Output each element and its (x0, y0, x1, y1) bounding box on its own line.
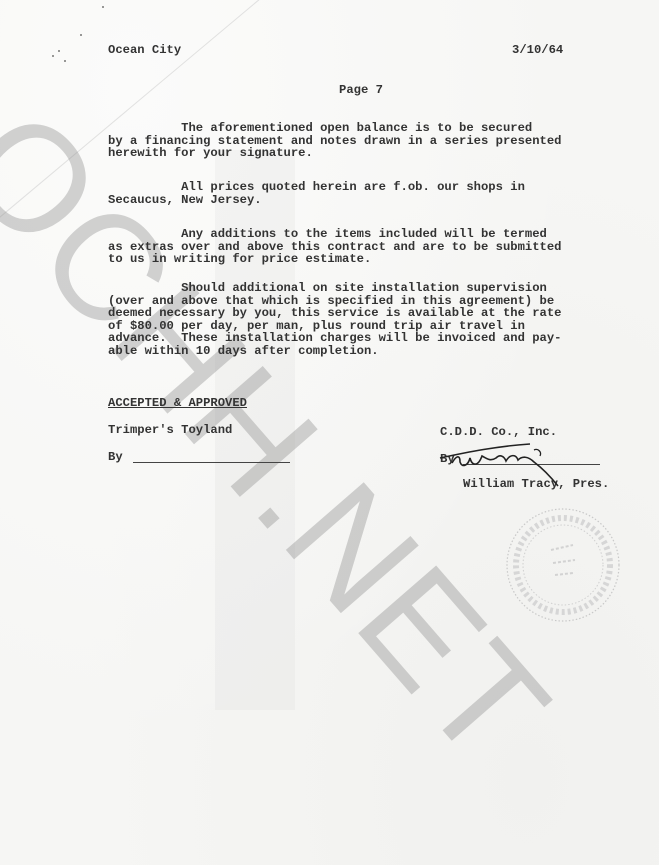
speck (80, 34, 82, 36)
accepted-approved-heading: ACCEPTED & APPROVED (108, 397, 247, 410)
speck (64, 60, 66, 62)
embossed-seal-icon (503, 505, 623, 625)
speck (52, 55, 54, 57)
paragraph-prices: All prices quoted herein are f.ob. our s… (108, 181, 525, 206)
speck (58, 50, 60, 52)
header-date: 3/10/64 (512, 44, 563, 57)
left-by-label: By (108, 451, 123, 464)
page-number: Page 7 (339, 84, 383, 97)
paragraph-installation: Should additional on site installation s… (108, 282, 561, 358)
handwritten-signature (438, 436, 598, 491)
paragraph-financing: The aforementioned open balance is to be… (108, 122, 561, 160)
left-signature-line (133, 462, 290, 463)
speck (102, 6, 104, 8)
header-location: Ocean City (108, 44, 181, 57)
paragraph-additions: Any additions to the items included will… (108, 228, 561, 266)
document-page: OCHH.NET Ocean City 3/10/64 Page 7 The a… (0, 0, 659, 865)
left-party-name: Trimper's Toyland (108, 424, 232, 437)
